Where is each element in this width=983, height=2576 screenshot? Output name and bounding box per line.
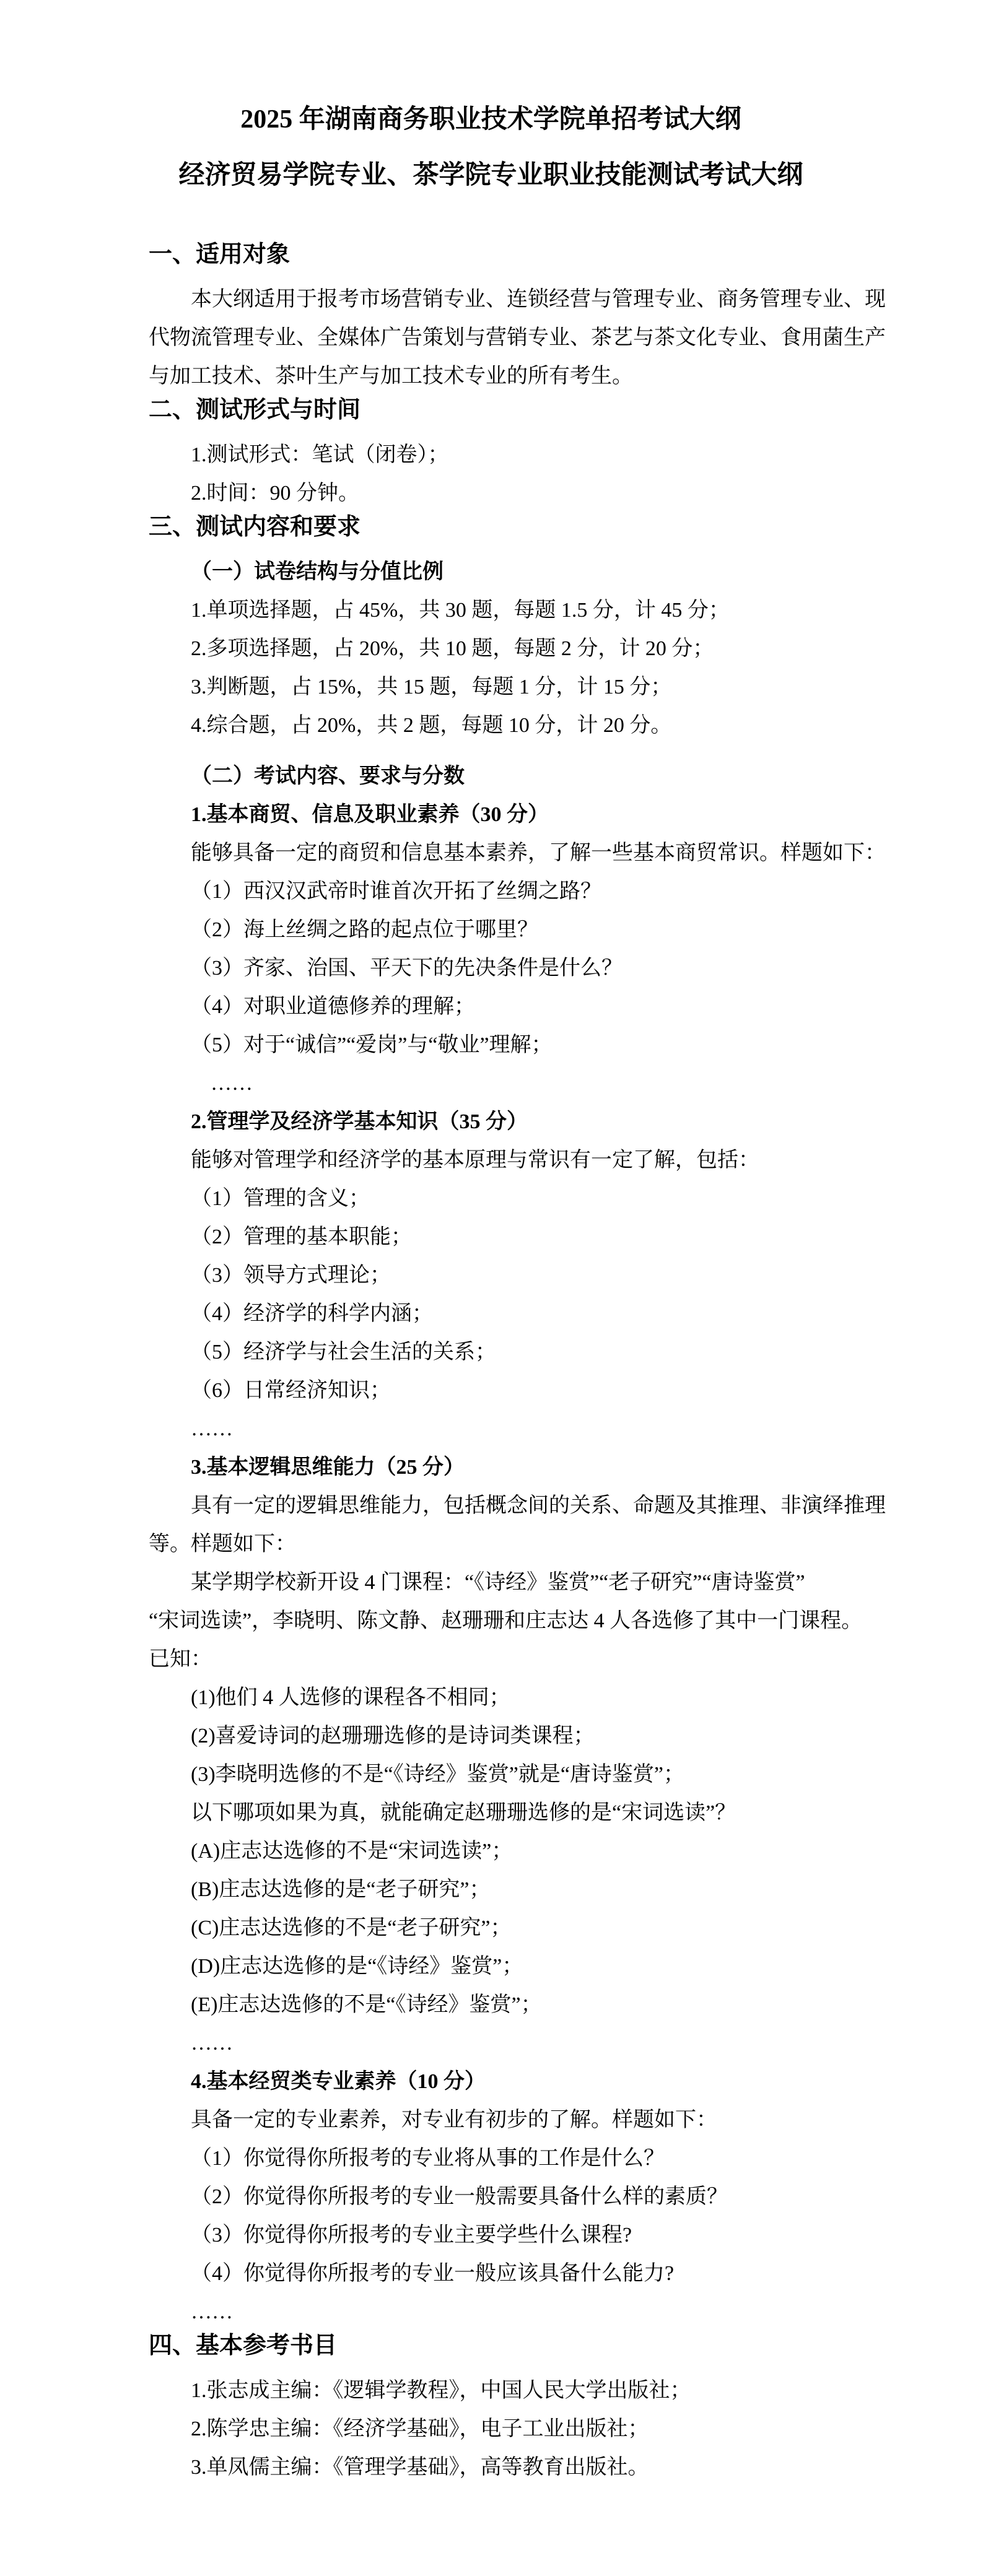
text-line: 本大纲适用于报考市场营销专业、连锁经营与管理专业、商务管理专业、现 bbox=[149, 281, 833, 319]
text-line: 与加工技术、茶叶生产与加工技术专业的所有考生。 bbox=[149, 357, 833, 396]
ellipsis-line: …… bbox=[149, 2293, 833, 2331]
text-line: （5）对于“诚信”“爱岗”与“敬业”理解； bbox=[149, 1026, 833, 1064]
text-line: 某学期学校新开设 4 门课程：“《诗经》鉴赏”“老子研究”“唐诗鉴赏” bbox=[149, 1564, 833, 1602]
text-line: 1.单项选择题，占 45%，共 30 题，每题 1.5 分，计 45 分； bbox=[149, 591, 833, 630]
text-line: （4）对职业道德修养的理解； bbox=[149, 988, 833, 1026]
text-line: （1）管理的含义； bbox=[149, 1180, 833, 1218]
text-line: （4）经济学的科学内涵； bbox=[149, 1295, 833, 1333]
text-line: 等。样题如下： bbox=[149, 1525, 833, 1564]
section-heading: 二、测试形式与时间 bbox=[149, 391, 833, 429]
text-line: (E)庄志达选修的不是“《诗经》鉴赏”； bbox=[149, 1986, 833, 2024]
text-line: (1)他们 4 人选修的课程各不相同； bbox=[149, 1679, 833, 1717]
doc-title-line-2: 经济贸易学院专业、茶学院专业职业技能测试考试大纲 bbox=[149, 147, 833, 203]
text-line: 2.时间：90 分钟。 bbox=[149, 474, 833, 513]
text-line: 4.综合题，占 20%，共 2 题，每题 10 分，计 20 分。 bbox=[149, 707, 833, 745]
text-line: 能够具备一定的商贸和信息基本素养，了解一些基本商贸常识。样题如下： bbox=[149, 834, 833, 872]
subsection-heading: （一）试卷结构与分值比例 bbox=[149, 553, 833, 591]
text-line: （2）海上丝绸之路的起点位于哪里？ bbox=[149, 911, 833, 949]
text-line: 以下哪项如果为真，就能确定赵珊珊选修的是“宋词选读”？ bbox=[149, 1794, 833, 1832]
text-line: 已知： bbox=[149, 1640, 833, 1679]
doc-title-line-1: 2025 年湖南商务职业技术学院单招考试大纲 bbox=[149, 92, 833, 147]
ellipsis-line: …… bbox=[149, 1410, 833, 1448]
text-line: 3.单凤儒主编：《管理学基础》，高等教育出版社。 bbox=[149, 2448, 833, 2487]
text-line: (B)庄志达选修的是“老子研究”； bbox=[149, 1871, 833, 1909]
text-line: (A)庄志达选修的不是“宋词选读”； bbox=[149, 1832, 833, 1871]
text-line: 3.判断题，占 15%，共 15 题，每题 1 分，计 15 分； bbox=[149, 668, 833, 707]
topic-heading: 1.基本商贸、信息及职业素养（30 分） bbox=[149, 796, 833, 834]
subsection-heading: （二）考试内容、要求与分数 bbox=[149, 757, 833, 796]
text-line: （1）西汉汉武帝时谁首次开拓了丝绸之路？ bbox=[149, 872, 833, 911]
text-line: （3）齐家、治国、平天下的先决条件是什么？ bbox=[149, 949, 833, 988]
topic-heading: 2.管理学及经济学基本知识（35 分） bbox=[149, 1103, 833, 1141]
topic-heading: 3.基本逻辑思维能力（25 分） bbox=[149, 1448, 833, 1487]
text-line: 1.测试形式：笔试（闭卷）； bbox=[149, 436, 833, 474]
text-line: （3）你觉得你所报考的专业主要学些什么课程? bbox=[149, 2216, 833, 2255]
ellipsis-line: …… bbox=[149, 1064, 833, 1103]
section-heading: 四、基本参考书目 bbox=[149, 2326, 833, 2365]
topic-heading: 4.基本经贸类专业素养（10 分） bbox=[149, 2063, 833, 2101]
document-title: 2025 年湖南商务职业技术学院单招考试大纲 经济贸易学院专业、茶学院专业职业技… bbox=[149, 92, 833, 203]
section-heading: 一、适用对象 bbox=[149, 235, 833, 274]
text-line: 2.陈学忠主编：《经济学基础》，电子工业出版社； bbox=[149, 2410, 833, 2448]
text-line: “宋词选读”，李晓明、陈文静、赵珊珊和庄志达 4 人各选修了其中一门课程。 bbox=[149, 1602, 833, 1640]
text-line: （1）你觉得你所报考的专业将从事的工作是什么？ bbox=[149, 2139, 833, 2178]
text-line: 具备一定的专业素养，对专业有初步的了解。样题如下： bbox=[149, 2101, 833, 2139]
text-line: (3)李晓明选修的不是“《诗经》鉴赏”就是“唐诗鉴赏”； bbox=[149, 1756, 833, 1794]
text-line: （5）经济学与社会生活的关系； bbox=[149, 1333, 833, 1372]
text-line: 具有一定的逻辑思维能力，包括概念间的关系、命题及其推理、非演绎推理 bbox=[149, 1487, 833, 1525]
section-heading: 三、测试内容和要求 bbox=[149, 508, 833, 546]
text-line: (C)庄志达选修的不是“老子研究”； bbox=[149, 1909, 833, 1947]
document-page: 2025 年湖南商务职业技术学院单招考试大纲 经济贸易学院专业、茶学院专业职业技… bbox=[0, 0, 983, 2576]
text-line: 1.张志成主编：《逻辑学教程》，中国人民大学出版社； bbox=[149, 2372, 833, 2410]
text-line: （2）管理的基本职能； bbox=[149, 1218, 833, 1256]
ellipsis-line: …… bbox=[149, 2024, 833, 2063]
text-line: （6）日常经济知识； bbox=[149, 1372, 833, 1410]
text-line: 能够对管理学和经济学的基本原理与常识有一定了解，包括： bbox=[149, 1141, 833, 1180]
text-line: (D)庄志达选修的是“《诗经》鉴赏”； bbox=[149, 1947, 833, 1986]
text-line: 代物流管理专业、全媒体广告策划与营销专业、茶艺与茶文化专业、食用菌生产 bbox=[149, 319, 833, 357]
document-body: 一、适用对象本大纲适用于报考市场营销专业、连锁经营与管理专业、商务管理专业、现代… bbox=[149, 235, 833, 2487]
text-line: （3）领导方式理论； bbox=[149, 1256, 833, 1295]
text-line: 2.多项选择题，占 20%，共 10 题，每题 2 分，计 20 分； bbox=[149, 630, 833, 668]
text-line: (2)喜爱诗词的赵珊珊选修的是诗词类课程； bbox=[149, 1717, 833, 1756]
text-line: （4）你觉得你所报考的专业一般应该具备什么能力? bbox=[149, 2255, 833, 2293]
text-line: （2）你觉得你所报考的专业一般需要具备什么样的素质？ bbox=[149, 2178, 833, 2216]
